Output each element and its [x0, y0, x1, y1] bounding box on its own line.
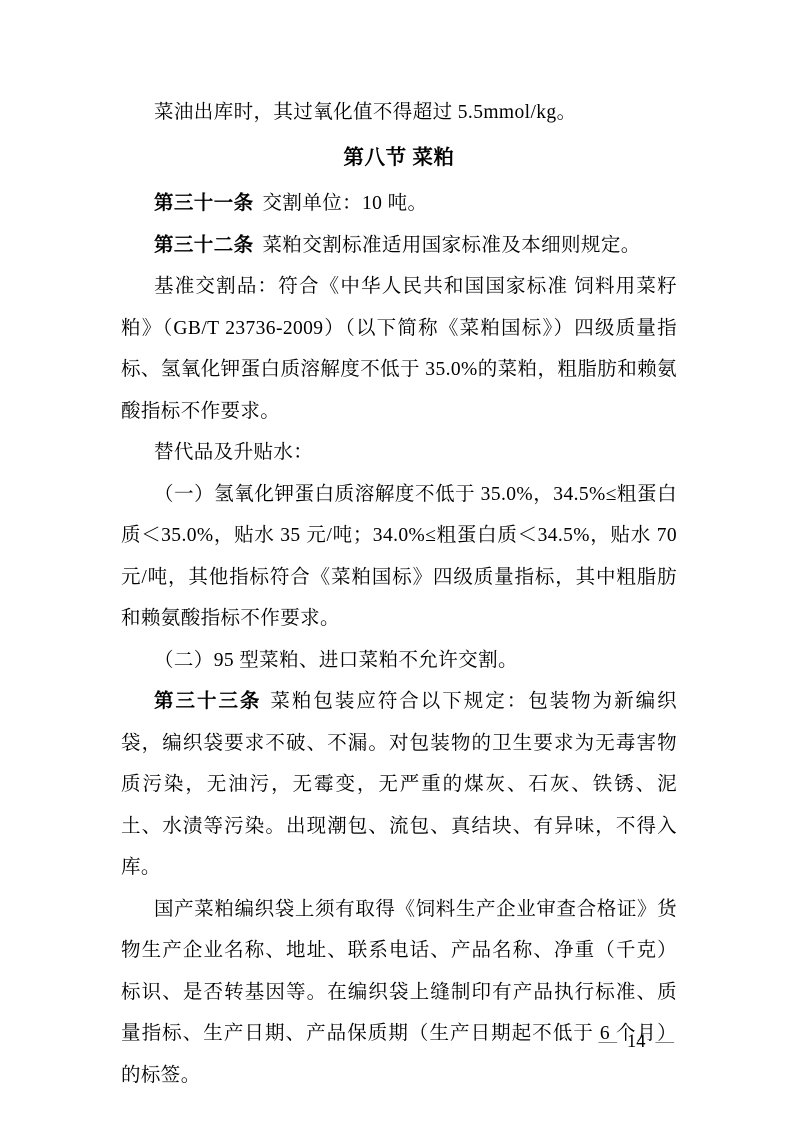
- paragraph-article-33: 第三十三条菜粕包装应符合以下规定：包装物为新编织袋，编织袋要求不破、不漏。对包装…: [121, 681, 677, 889]
- page-footer: —14—: [599, 1031, 675, 1053]
- paragraph-substitutes-label: 替代品及升贴水：: [121, 432, 677, 474]
- footer-right-dash: —: [656, 1032, 675, 1052]
- article-32-term: 第三十二条: [154, 235, 254, 256]
- section-heading: 第八节 菜粕: [121, 138, 677, 180]
- footer-left-dash: —: [599, 1032, 618, 1052]
- paragraph-benchmark: 基准交割品：符合《中华人民共和国国家标准 饲料用菜籽粕》（GB/T 23736-…: [121, 266, 677, 432]
- article-33-text: 菜粕包装应符合以下规定：包装物为新编织袋，编织袋要求不破、不漏。对包装物的卫生要…: [121, 691, 677, 878]
- paragraph-continuation: 菜油出库时，其过氧化值不得超过 5.5mmol/kg。: [121, 92, 677, 134]
- paragraph-substitute-item-2: （二）95 型菜粕、进口菜粕不允许交割。: [121, 640, 677, 682]
- paragraph-labeling: 国产菜粕编织袋上须有取得《饲料生产企业审查合格证》货物生产企业名称、地址、联系电…: [121, 889, 677, 1097]
- page-number: 14: [627, 1032, 646, 1052]
- article-31-text: 交割单位：10 吨。: [263, 193, 428, 214]
- document-body: 菜油出库时，其过氧化值不得超过 5.5mmol/kg。 第八节 菜粕 第三十一条…: [121, 92, 677, 1096]
- continuation-text: 菜油出库时，其过氧化值不得超过 5.5mmol/kg。: [154, 102, 576, 123]
- paragraph-article-31: 第三十一条交割单位：10 吨。: [121, 183, 677, 225]
- article-32-text: 菜粕交割标准适用国家标准及本细则规定。: [263, 235, 641, 256]
- paragraph-substitute-item-1: （一）氢氧化钾蛋白质溶解度不低于 35.0%，34.5%≤粗蛋白质＜35.0%，…: [121, 474, 677, 640]
- article-31-term: 第三十一条: [154, 193, 254, 214]
- paragraph-article-32: 第三十二条菜粕交割标准适用国家标准及本细则规定。: [121, 225, 677, 267]
- article-33-term: 第三十三条: [154, 691, 261, 712]
- document-page: 菜油出库时，其过氧化值不得超过 5.5mmol/kg。 第八节 菜粕 第三十一条…: [0, 0, 793, 1122]
